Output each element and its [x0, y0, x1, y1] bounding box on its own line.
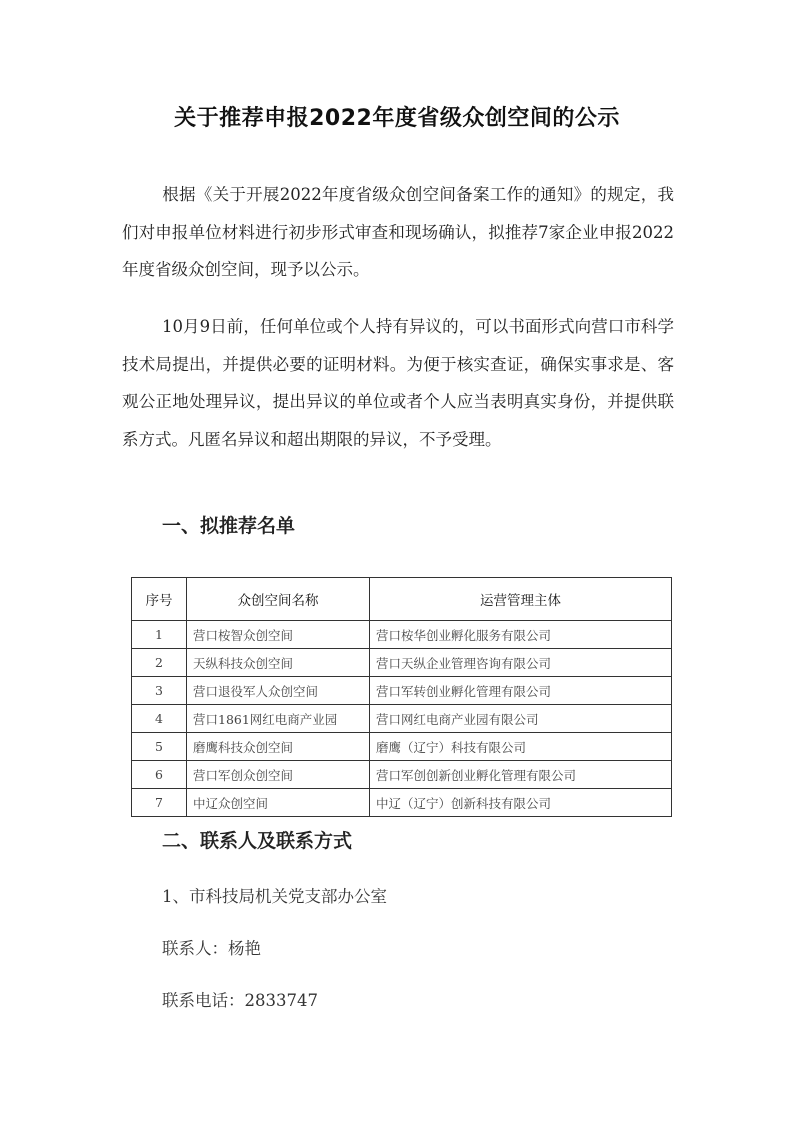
section-heading-recommended-list: 一、拟推荐名单 — [162, 511, 295, 538]
table-row: 2 天纵科技众创空间 营口天纵企业管理咨询有限公司 — [132, 649, 672, 677]
table-row: 1 营口桉智众创空间 营口桉华创业孵化服务有限公司 — [132, 621, 672, 649]
cell-number: 5 — [132, 733, 187, 761]
cell-operator: 中辽（辽宁）创新科技有限公司 — [370, 789, 672, 817]
cell-number: 3 — [132, 677, 187, 705]
intro-paragraph: 根据《关于开展2022年度省级众创空间备案工作的通知》的规定，我们对申报单位材料… — [122, 176, 674, 289]
cell-space-name: 天纵科技众创空间 — [187, 649, 370, 677]
document-title: 关于推荐申报2022年度省级众创空间的公示 — [0, 101, 794, 132]
objection-paragraph-text: 10月9日前，任何单位或个人持有异议的，可以书面形式向营口市科学技术局提出，并提… — [122, 317, 674, 449]
cell-operator: 营口军创创新创业孵化管理有限公司 — [370, 761, 672, 789]
cell-operator: 磨鹰（辽宁）科技有限公司 — [370, 733, 672, 761]
cell-space-name: 营口军创众创空间 — [187, 761, 370, 789]
cell-number: 4 — [132, 705, 187, 733]
cell-space-name: 磨鹰科技众创空间 — [187, 733, 370, 761]
cell-operator: 营口天纵企业管理咨询有限公司 — [370, 649, 672, 677]
cell-operator: 营口桉华创业孵化服务有限公司 — [370, 621, 672, 649]
cell-number: 6 — [132, 761, 187, 789]
contact-person: 联系人：杨艳 — [162, 935, 261, 959]
table-row: 3 营口退役军人众创空间 营口军转创业孵化管理有限公司 — [132, 677, 672, 705]
table-row: 7 中辽众创空间 中辽（辽宁）创新科技有限公司 — [132, 789, 672, 817]
contact-office: 1、市科技局机关党支部办公室 — [162, 883, 387, 907]
column-header-number: 序号 — [132, 578, 187, 621]
cell-space-name: 营口桉智众创空间 — [187, 621, 370, 649]
cell-number: 2 — [132, 649, 187, 677]
column-header-space-name: 众创空间名称 — [187, 578, 370, 621]
table-row: 5 磨鹰科技众创空间 磨鹰（辽宁）科技有限公司 — [132, 733, 672, 761]
cell-space-name: 营口1861网红电商产业园 — [187, 705, 370, 733]
cell-operator: 营口军转创业孵化管理有限公司 — [370, 677, 672, 705]
recommended-list-table: 序号 众创空间名称 运营管理主体 1 营口桉智众创空间 营口桉华创业孵化服务有限… — [131, 577, 672, 817]
column-header-operator: 运营管理主体 — [370, 578, 672, 621]
table-row: 4 营口1861网红电商产业园 营口网红电商产业园有限公司 — [132, 705, 672, 733]
table-row: 6 营口军创众创空间 营口军创创新创业孵化管理有限公司 — [132, 761, 672, 789]
objection-paragraph: 10月9日前，任何单位或个人持有异议的，可以书面形式向营口市科学技术局提出，并提… — [122, 308, 674, 458]
contact-phone: 联系电话：2833747 — [162, 987, 318, 1011]
section-heading-contact: 二、联系人及联系方式 — [162, 826, 352, 853]
intro-paragraph-text: 根据《关于开展2022年度省级众创空间备案工作的通知》的规定，我们对申报单位材料… — [122, 185, 674, 279]
cell-space-name: 营口退役军人众创空间 — [187, 677, 370, 705]
cell-number: 1 — [132, 621, 187, 649]
cell-operator: 营口网红电商产业园有限公司 — [370, 705, 672, 733]
cell-number: 7 — [132, 789, 187, 817]
table-header-row: 序号 众创空间名称 运营管理主体 — [132, 578, 672, 621]
cell-space-name: 中辽众创空间 — [187, 789, 370, 817]
